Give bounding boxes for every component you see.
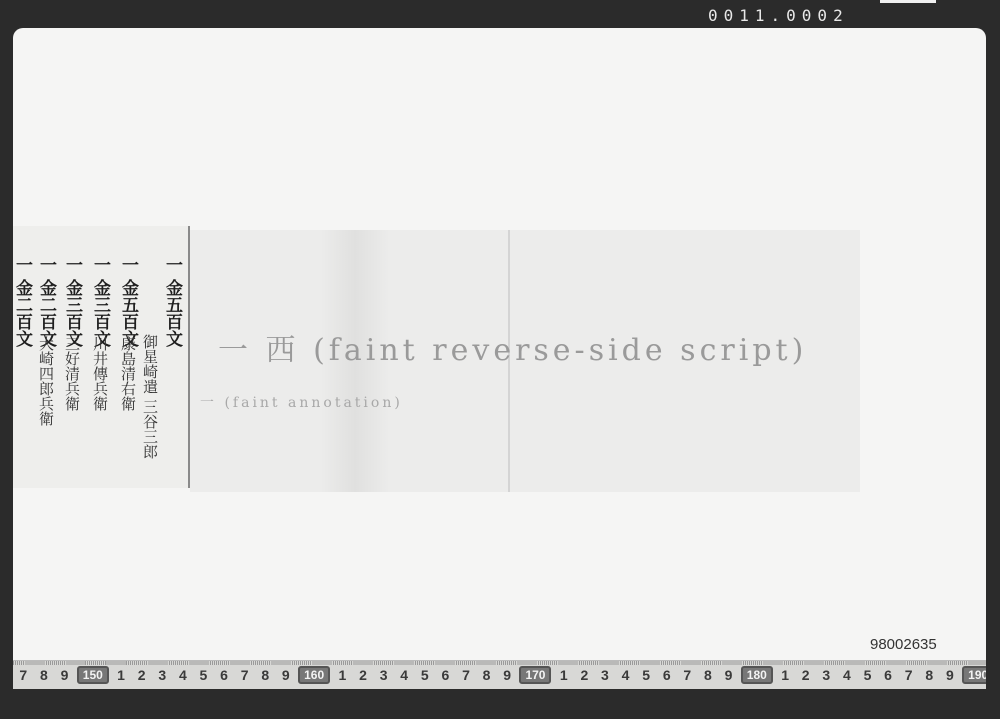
ruler-tick-label: 9 xyxy=(497,667,518,683)
ruler-tick-label: 9 xyxy=(276,667,297,683)
faint-script-line: 一 西 (faint reverse-side script) xyxy=(218,325,807,369)
ruler-tick-label: 7 xyxy=(13,667,34,683)
ledger-entry-main: 一 金五百文 xyxy=(117,256,137,347)
ruler-tick-label: 4 xyxy=(615,667,636,683)
ruler-tick-label: 6 xyxy=(656,667,677,683)
ruler-tick-label: 150 xyxy=(77,666,109,684)
ruler-tick-label: 6 xyxy=(878,667,899,683)
ruler-tick-label: 1 xyxy=(553,667,574,683)
ruler-tick-label: 1 xyxy=(775,667,796,683)
ledger-entry-name: 康島清右衛 xyxy=(117,336,137,411)
ruler-tick-label: 4 xyxy=(173,667,194,683)
ruler-tick-label: 7 xyxy=(898,667,919,683)
ruler-tick-label: 6 xyxy=(214,667,235,683)
ruler-tick-label: 2 xyxy=(574,667,595,683)
ruler-tick-label: 4 xyxy=(394,667,415,683)
ledger-entry-name: 川井傳兵衛 xyxy=(89,336,109,411)
ruler-tick-label: 7 xyxy=(234,667,255,683)
ruler-tick-label: 1 xyxy=(111,667,132,683)
ruler-tick-label: 9 xyxy=(718,667,739,683)
faint-annotation-line: 一 (faint annotation) xyxy=(200,392,403,412)
ruler-tick-label: 180 xyxy=(741,666,773,684)
ruler-tick-label: 8 xyxy=(476,667,497,683)
ledger-entry-main: 一 金三百文 xyxy=(61,256,81,347)
ruler-tick-label: 5 xyxy=(415,667,436,683)
ruler-tick-label: 6 xyxy=(435,667,456,683)
handwritten-ledger-page: 一 金五百文 御星崎遣 三谷三郎 一 金五百文 康島清右衛 一 金三百文 川井傳… xyxy=(13,226,190,488)
ruler-tick-label: 4 xyxy=(837,667,858,683)
ruler-tick-label: 9 xyxy=(940,667,961,683)
archive-id-label: 98002635 xyxy=(870,636,937,653)
ruler-tick-label: 3 xyxy=(152,667,173,683)
ruler-tick-label: 8 xyxy=(34,667,55,683)
ruler-tick-label: 170 xyxy=(519,666,551,684)
ruler-tick-label: 3 xyxy=(373,667,394,683)
ruler-tick-label: 8 xyxy=(698,667,719,683)
ruler-tick-label: 160 xyxy=(298,666,330,684)
ruler-tick-label: 8 xyxy=(919,667,940,683)
ledger-entry-main: 一 金二百文 xyxy=(13,256,31,347)
ledger-entry-main: 一 金二百文 xyxy=(35,256,55,347)
film-tab xyxy=(880,0,936,3)
ruler-tick-label: 7 xyxy=(677,667,698,683)
ruler-tick-label: 3 xyxy=(816,667,837,683)
blank-folded-page: 一 西 (faint reverse-side script) 一 (faint… xyxy=(190,230,860,492)
measurement-ruler: 7891501234567891601234567891701234567891… xyxy=(13,660,986,689)
ruler-tick-label: 2 xyxy=(131,667,152,683)
ruler-tick-label: 8 xyxy=(255,667,276,683)
ledger-entry-main: 一 金三百文 xyxy=(89,256,109,347)
frame-counter: 0011.0002 xyxy=(708,6,849,25)
ruler-tick-label: 190 xyxy=(962,666,986,684)
ruler-tick-label: 3 xyxy=(595,667,616,683)
ledger-entry-name: 三好清兵衛 xyxy=(61,336,81,411)
ledger-entry-name: 大崎四郎兵衛 xyxy=(35,336,55,426)
ledger-entry-name: 御星崎遣 三谷三郎 xyxy=(139,334,159,459)
ruler-tick-label: 7 xyxy=(456,667,477,683)
ledger-entry-main: 一 金五百文 xyxy=(161,256,181,347)
ruler-tick-label: 5 xyxy=(193,667,214,683)
ruler-tick-label: 9 xyxy=(54,667,75,683)
ruler-tick-label: 2 xyxy=(353,667,374,683)
ruler-tick-label: 5 xyxy=(857,667,878,683)
ruler-tick-label: 5 xyxy=(636,667,657,683)
ruler-tick-label: 1 xyxy=(332,667,353,683)
ruler-tick-label: 2 xyxy=(795,667,816,683)
